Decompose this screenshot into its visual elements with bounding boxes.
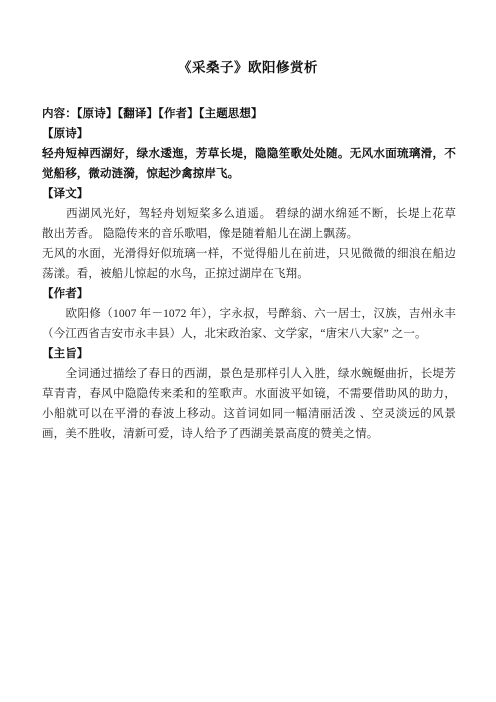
- doc-line: 草青青，春风中隐隐传来柔和的笙歌声。水面波平如镜，不需要借助风的助力，: [42, 384, 456, 404]
- doc-line: 欧阳修（1007 年－1072 年），字永叔，号醉翁、六一居士，汉族，吉州永丰: [42, 304, 456, 324]
- doc-line: 【作者】: [42, 284, 456, 304]
- doc-line: （今江西省吉安市永丰县）人，北宋政治家、文学家，“唐宋八大家” 之一。: [42, 324, 456, 344]
- doc-line: 觉船移，微动涟漪，惊起沙禽掠岸飞。: [42, 164, 456, 184]
- document-title: 《采桑子》欧阳修赏析: [0, 58, 496, 78]
- doc-line: 全词通过描绘了春日的西湖，景色是那样引人入胜，绿水蜿蜒曲折，长堤芳: [42, 364, 456, 384]
- doc-line: 【主旨】: [42, 344, 456, 364]
- doc-line: 散出芳香。 隐隐传来的音乐歌唱，像是随着船儿在湖上飘荡。: [42, 224, 456, 244]
- doc-line: 小船就可以在平滑的春波上移动。这首词如同一幅清丽活泼 、空灵淡远的风景: [42, 404, 456, 424]
- doc-line: 【原诗】: [42, 124, 456, 144]
- doc-line: 无风的水面，光滑得好似琉璃一样，不觉得船儿在前进，只见微微的细浪在船边: [42, 244, 456, 264]
- doc-line: 荡漾。看，被船儿惊起的水鸟，正掠过湖岸在飞翔。: [42, 264, 456, 284]
- doc-line: 【译文】: [42, 184, 456, 204]
- doc-line: 画，美不胜收，清新可爱，诗人给予了西湖美景高度的赞美之情。: [42, 424, 456, 444]
- document-page: 《采桑子》欧阳修赏析 内容：【原诗】【翻译】【作者】【主题思想】【原诗】轻舟短棹…: [0, 0, 496, 702]
- doc-line: 西湖风光好，驾轻舟划短桨多么逍遥。 碧绿的湖水绵延不断，长堤上花草: [42, 204, 456, 224]
- document-body: 内容：【原诗】【翻译】【作者】【主题思想】【原诗】轻舟短棹西湖好，绿水逶迤，芳草…: [42, 104, 456, 444]
- doc-line: 内容：【原诗】【翻译】【作者】【主题思想】: [42, 104, 456, 124]
- doc-line: 轻舟短棹西湖好，绿水逶迤，芳草长堤，隐隐笙歌处处随。无风水面琉璃滑，不: [42, 144, 456, 164]
